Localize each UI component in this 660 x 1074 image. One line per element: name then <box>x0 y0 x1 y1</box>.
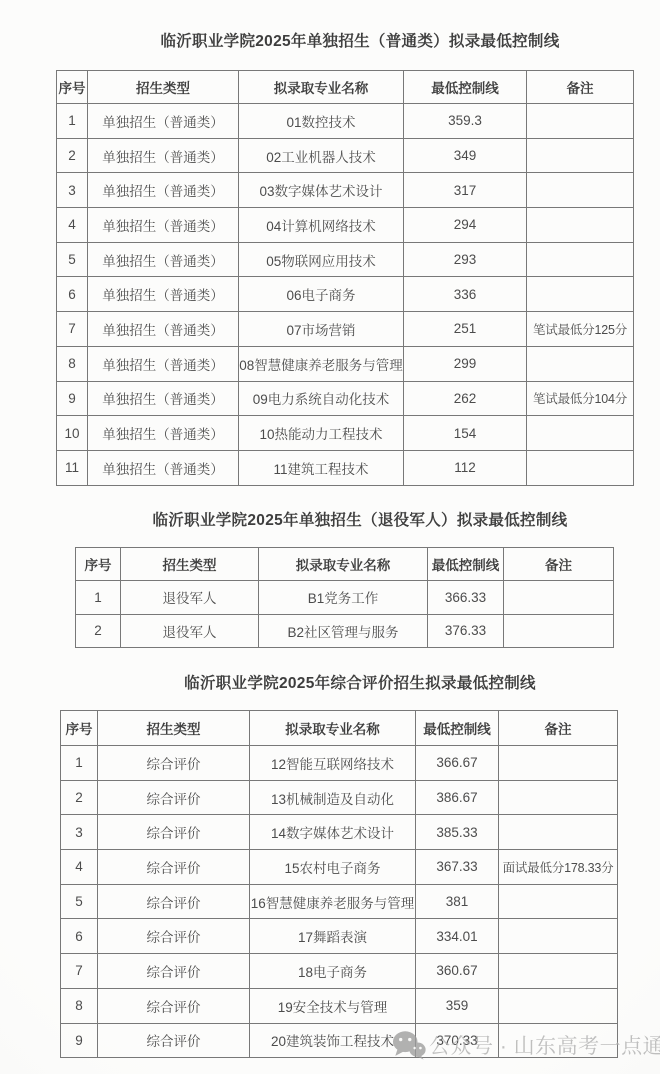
cell-min-score: 376.33 <box>428 614 504 648</box>
cell-index: 2 <box>61 780 98 815</box>
wechat-icon <box>392 1029 426 1061</box>
cell-major-name: 01数控技术 <box>239 104 404 139</box>
cell-index: 5 <box>61 884 98 919</box>
cell-recruit-type: 综合评价 <box>98 780 250 815</box>
cell-remark <box>527 450 634 485</box>
cell-index: 6 <box>61 919 98 954</box>
cell-index: 2 <box>57 138 88 173</box>
cell-recruit-type: 退役军人 <box>121 581 259 615</box>
cell-major-name: 12智能互联网络技术 <box>250 746 416 781</box>
cell-recruit-type: 单独招生（普通类） <box>88 277 239 312</box>
cell-recruit-type: 单独招生（普通类） <box>88 416 239 451</box>
cell-major-name: 20建筑装饰工程技术 <box>250 1023 416 1058</box>
cell-index: 1 <box>76 581 121 615</box>
cell-remark <box>527 277 634 312</box>
cell-major-name: 05物联网应用技术 <box>239 242 404 277</box>
cell-min-score: 349 <box>404 138 527 173</box>
cell-major-name: 03数字媒体艺术设计 <box>239 173 404 208</box>
cell-index: 7 <box>57 312 88 347</box>
cell-remark <box>527 242 634 277</box>
cell-min-score: 112 <box>404 450 527 485</box>
cell-major-name: 14数字媒体艺术设计 <box>250 815 416 850</box>
cell-remark: 面试最低分178.33分 <box>499 850 618 885</box>
cell-major-name: B2社区管理与服务 <box>259 614 428 648</box>
cell-remark <box>527 416 634 451</box>
cell-index: 3 <box>57 173 88 208</box>
cell-min-score: 251 <box>404 312 527 347</box>
cell-recruit-type: 单独招生（普通类） <box>88 138 239 173</box>
cell-index: 1 <box>61 746 98 781</box>
table-single-recruit-general: 序号招生类型拟录取专业名称最低控制线备注 1单独招生（普通类）01数控技术359… <box>56 70 634 486</box>
cell-remark <box>499 884 618 919</box>
col-header: 招生类型 <box>88 71 239 104</box>
table-row: 1退役军人B1党务工作366.33 <box>76 581 614 615</box>
cell-remark <box>527 138 634 173</box>
cell-major-name: 07市场营销 <box>239 312 404 347</box>
cell-major-name: 18电子商务 <box>250 954 416 989</box>
col-header: 最低控制线 <box>428 548 504 581</box>
cell-index: 11 <box>57 450 88 485</box>
cell-min-score: 293 <box>404 242 527 277</box>
cell-major-name: 08智慧健康养老服务与管理 <box>239 346 404 381</box>
cell-recruit-type: 综合评价 <box>98 884 250 919</box>
cell-index: 6 <box>57 277 88 312</box>
col-header: 备注 <box>499 711 618 746</box>
watermark: 公众号 · 山东高考一点通 <box>392 1028 660 1062</box>
cell-major-name: 19安全技术与管理 <box>250 988 416 1023</box>
watermark-text: 公众号 · 山东高考一点通 <box>429 1030 660 1060</box>
cell-index: 9 <box>57 381 88 416</box>
cell-remark: 笔试最低分125分 <box>527 312 634 347</box>
cell-recruit-type: 综合评价 <box>98 919 250 954</box>
cell-min-score: 299 <box>404 346 527 381</box>
cell-recruit-type: 综合评价 <box>98 954 250 989</box>
cell-min-score: 360.67 <box>416 954 499 989</box>
table-header-row: 序号招生类型拟录取专业名称最低控制线备注 <box>76 548 614 581</box>
cell-remark: 笔试最低分104分 <box>527 381 634 416</box>
table-row: 10单独招生（普通类）10热能动力工程技术154 <box>57 416 634 451</box>
cell-recruit-type: 单独招生（普通类） <box>88 104 239 139</box>
cell-remark <box>504 581 614 615</box>
cell-remark <box>504 614 614 648</box>
cell-remark <box>499 988 618 1023</box>
cell-min-score: 381 <box>416 884 499 919</box>
table-header-row: 序号招生类型拟录取专业名称最低控制线备注 <box>57 71 634 104</box>
table-title-single-recruit-veterans: 临沂职业学院2025年单独招生（退役军人）拟录最低控制线 <box>60 508 660 530</box>
cell-recruit-type: 综合评价 <box>98 988 250 1023</box>
table-row: 4单独招生（普通类）04计算机网络技术294 <box>57 208 634 243</box>
col-header: 拟录取专业名称 <box>259 548 428 581</box>
cell-recruit-type: 单独招生（普通类） <box>88 173 239 208</box>
table-row: 7综合评价18电子商务360.67 <box>61 954 618 989</box>
cell-index: 8 <box>61 988 98 1023</box>
table-title-single-recruit-general: 临沂职业学院2025年单独招生（普通类）拟录最低控制线 <box>60 29 660 51</box>
cell-min-score: 359 <box>416 988 499 1023</box>
cell-major-name: 15农村电子商务 <box>250 850 416 885</box>
cell-major-name: 11建筑工程技术 <box>239 450 404 485</box>
col-header: 序号 <box>76 548 121 581</box>
cell-index: 4 <box>57 208 88 243</box>
cell-min-score: 366.67 <box>416 746 499 781</box>
cell-recruit-type: 单独招生（普通类） <box>88 450 239 485</box>
cell-remark <box>527 104 634 139</box>
col-header: 最低控制线 <box>404 71 527 104</box>
col-header: 招生类型 <box>121 548 259 581</box>
cell-index: 4 <box>61 850 98 885</box>
cell-remark <box>499 780 618 815</box>
cell-recruit-type: 单独招生（普通类） <box>88 312 239 347</box>
col-header: 拟录取专业名称 <box>239 71 404 104</box>
table-row: 1综合评价12智能互联网络技术366.67 <box>61 746 618 781</box>
table-row: 4综合评价15农村电子商务367.33面试最低分178.33分 <box>61 850 618 885</box>
col-header: 备注 <box>527 71 634 104</box>
cell-min-score: 262 <box>404 381 527 416</box>
col-header: 招生类型 <box>98 711 250 746</box>
cell-min-score: 386.67 <box>416 780 499 815</box>
table-row: 7单独招生（普通类）07市场营销251笔试最低分125分 <box>57 312 634 347</box>
cell-index: 3 <box>61 815 98 850</box>
table-row: 6单独招生（普通类）06电子商务336 <box>57 277 634 312</box>
cell-recruit-type: 综合评价 <box>98 815 250 850</box>
cell-major-name: 16智慧健康养老服务与管理 <box>250 884 416 919</box>
cell-recruit-type: 单独招生（普通类） <box>88 242 239 277</box>
cell-index: 2 <box>76 614 121 648</box>
cell-major-name: 10热能动力工程技术 <box>239 416 404 451</box>
table-comprehensive-evaluation: 序号招生类型拟录取专业名称最低控制线备注 1综合评价12智能互联网络技术366.… <box>60 710 618 1058</box>
cell-recruit-type: 单独招生（普通类） <box>88 346 239 381</box>
cell-major-name: 09电力系统自动化技术 <box>239 381 404 416</box>
col-header: 最低控制线 <box>416 711 499 746</box>
cell-remark <box>527 346 634 381</box>
cell-remark <box>527 173 634 208</box>
cell-min-score: 317 <box>404 173 527 208</box>
cell-index: 7 <box>61 954 98 989</box>
cell-remark <box>499 815 618 850</box>
table-row: 1单独招生（普通类）01数控技术359.3 <box>57 104 634 139</box>
table-row: 3综合评价14数字媒体艺术设计385.33 <box>61 815 618 850</box>
col-header: 拟录取专业名称 <box>250 711 416 746</box>
table-row: 9单独招生（普通类）09电力系统自动化技术262笔试最低分104分 <box>57 381 634 416</box>
cell-index: 9 <box>61 1023 98 1058</box>
cell-recruit-type: 单独招生（普通类） <box>88 208 239 243</box>
cell-min-score: 334.01 <box>416 919 499 954</box>
cell-index: 10 <box>57 416 88 451</box>
cell-major-name: 17舞蹈表演 <box>250 919 416 954</box>
table-row: 5综合评价16智慧健康养老服务与管理381 <box>61 884 618 919</box>
table-row: 8单独招生（普通类）08智慧健康养老服务与管理299 <box>57 346 634 381</box>
cell-min-score: 154 <box>404 416 527 451</box>
table-row: 2单独招生（普通类）02工业机器人技术349 <box>57 138 634 173</box>
table-row: 5单独招生（普通类）05物联网应用技术293 <box>57 242 634 277</box>
cell-major-name: 13机械制造及自动化 <box>250 780 416 815</box>
cell-min-score: 385.33 <box>416 815 499 850</box>
cell-min-score: 367.33 <box>416 850 499 885</box>
cell-recruit-type: 综合评价 <box>98 850 250 885</box>
table-row: 2综合评价13机械制造及自动化386.67 <box>61 780 618 815</box>
cell-major-name: B1党务工作 <box>259 581 428 615</box>
cell-index: 8 <box>57 346 88 381</box>
cell-min-score: 294 <box>404 208 527 243</box>
cell-index: 5 <box>57 242 88 277</box>
table-title-comprehensive-evaluation: 临沂职业学院2025年综合评价招生拟录最低控制线 <box>60 671 660 693</box>
cell-recruit-type: 综合评价 <box>98 746 250 781</box>
table-row: 11单独招生（普通类）11建筑工程技术112 <box>57 450 634 485</box>
table-header-row: 序号招生类型拟录取专业名称最低控制线备注 <box>61 711 618 746</box>
table-row: 8综合评价19安全技术与管理359 <box>61 988 618 1023</box>
cell-recruit-type: 单独招生（普通类） <box>88 381 239 416</box>
cell-major-name: 06电子商务 <box>239 277 404 312</box>
table-row: 2退役军人B2社区管理与服务376.33 <box>76 614 614 648</box>
cell-min-score: 366.33 <box>428 581 504 615</box>
cell-min-score: 359.3 <box>404 104 527 139</box>
col-header: 备注 <box>504 548 614 581</box>
cell-index: 1 <box>57 104 88 139</box>
cell-major-name: 02工业机器人技术 <box>239 138 404 173</box>
table-single-recruit-veterans: 序号招生类型拟录取专业名称最低控制线备注 1退役军人B1党务工作366.332退… <box>75 547 614 648</box>
table-row: 6综合评价17舞蹈表演334.01 <box>61 919 618 954</box>
cell-remark <box>499 919 618 954</box>
cell-major-name: 04计算机网络技术 <box>239 208 404 243</box>
cell-remark <box>499 954 618 989</box>
col-header: 序号 <box>61 711 98 746</box>
cell-recruit-type: 退役军人 <box>121 614 259 648</box>
cell-remark <box>499 746 618 781</box>
col-header: 序号 <box>57 71 88 104</box>
cell-recruit-type: 综合评价 <box>98 1023 250 1058</box>
cell-remark <box>527 208 634 243</box>
table-row: 3单独招生（普通类）03数字媒体艺术设计317 <box>57 173 634 208</box>
cell-min-score: 336 <box>404 277 527 312</box>
